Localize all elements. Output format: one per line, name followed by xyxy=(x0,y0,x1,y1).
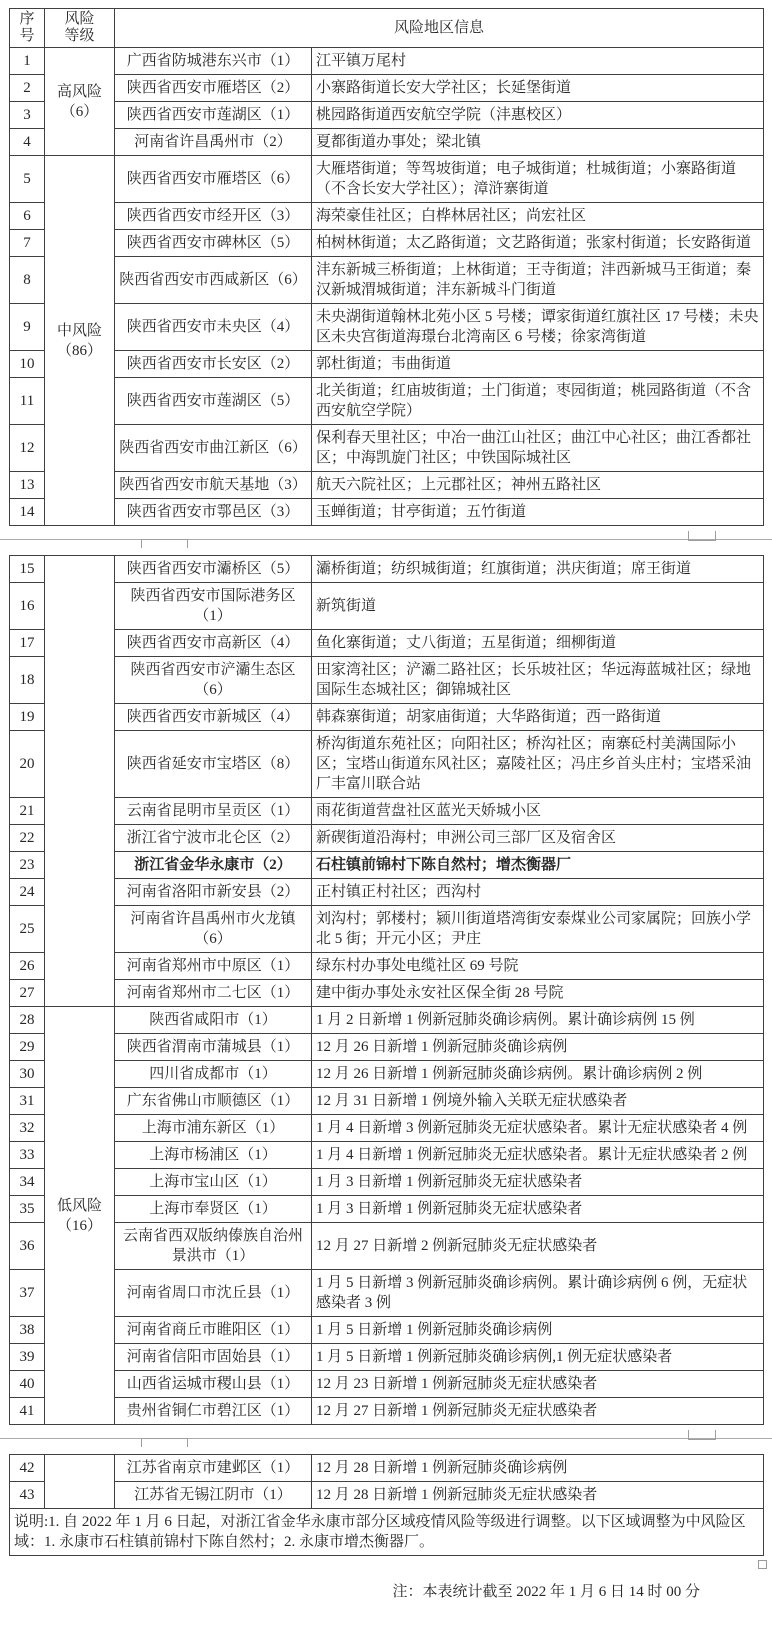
region-info: 鱼化寨街道；丈八街道；五星街道；细柳街道 xyxy=(312,630,764,657)
region-info: 绿东村办事处电缆社区 69 号院 xyxy=(312,953,764,980)
region-name: 陕西省西安市新城区（4） xyxy=(115,704,312,731)
region-info: 12 月 26 日新增 1 例新冠肺炎确诊病例。累计确诊病例 2 例 xyxy=(312,1061,764,1088)
region-info: 航天六院社区；上元郡社区；神州五路社区 xyxy=(312,472,764,499)
table-row: 28低风险 （16）陕西省咸阳市（1）1 月 2 日新增 1 例新冠肺炎确诊病例… xyxy=(10,1007,764,1034)
risk-level-cell: 高风险 （6） xyxy=(45,48,115,156)
stat-cutoff-note: 注：本表统计截至 2022 年 1 月 6 日 14 时 00 分 xyxy=(0,1581,772,1603)
table-row: 12陕西省西安市曲江新区（6）保利春天里社区；中冶一曲江山社区；曲江中心社区；曲… xyxy=(10,425,764,472)
region-name: 陕西省咸阳市（1） xyxy=(115,1007,312,1034)
region-name: 河南省许昌禹州市火龙镇（6） xyxy=(115,906,312,953)
table-row: 13陕西省西安市航天基地（3）航天六院社区；上元郡社区；神州五路社区 xyxy=(10,472,764,499)
row-number: 38 xyxy=(10,1317,45,1344)
header-no: 序 号 xyxy=(10,9,45,48)
region-info: 夏都街道办事处；梁北镇 xyxy=(312,129,764,156)
table-row: 6陕西省西安市经开区（3）海荣豪佳社区；白桦林居社区；尚宏社区 xyxy=(10,203,764,230)
region-name: 陕西省西安市曲江新区（6） xyxy=(115,425,312,472)
row-number: 26 xyxy=(10,953,45,980)
region-info: 未央湖街道翰林北苑小区 5 号楼；谭家街道红旗社区 17 号楼；未央区未央宫街道… xyxy=(312,304,764,351)
region-info: 海荣豪佳社区；白桦林居社区；尚宏社区 xyxy=(312,203,764,230)
row-number: 39 xyxy=(10,1344,45,1371)
region-name: 浙江省宁波市北仑区（2） xyxy=(115,825,312,852)
table-row: 18陕西省西安市浐灞生态区（6）田家湾社区；浐灞二路社区；长乐坡社区；华远海蓝城… xyxy=(10,657,764,704)
row-number: 12 xyxy=(10,425,45,472)
table-row: 42江苏省南京市建邺区（1）12 月 28 日新增 1 例新冠肺炎确诊病例 xyxy=(10,1455,764,1482)
region-info: 1 月 4 日新增 3 例新冠肺炎无症状感染者。累计无症状感染者 4 例 xyxy=(312,1115,764,1142)
page-break-mark-left xyxy=(141,1438,188,1447)
table-row: 16陕西省西安市国际港务区（1）新筑街道 xyxy=(10,583,764,630)
region-name: 陕西省西安市碑林区（5） xyxy=(115,230,312,257)
table-row: 35上海市奉贤区（1）1 月 3 日新增 1 例新冠肺炎无症状感染者 xyxy=(10,1196,764,1223)
region-name: 河南省洛阳市新安县（2） xyxy=(115,879,312,906)
region-name: 陕西省西安市长安区（2） xyxy=(115,351,312,378)
region-info: 江平镇万尾村 xyxy=(312,48,764,75)
region-info: 桥沟街道东苑社区；向阳社区；桥沟社区；南寨砭村美满国际小区；宝塔山街道东风社区；… xyxy=(312,731,764,798)
row-number: 6 xyxy=(10,203,45,230)
row-number: 35 xyxy=(10,1196,45,1223)
region-info: 玉蝉街道；甘亭街道；五竹街道 xyxy=(312,499,764,526)
row-number: 2 xyxy=(10,75,45,102)
region-name: 陕西省西安市雁塔区（2） xyxy=(115,75,312,102)
row-number: 10 xyxy=(10,351,45,378)
region-info: 1 月 4 日新增 1 例新冠肺炎无症状感染者。累计无症状感染者 2 例 xyxy=(312,1142,764,1169)
region-info: 1 月 5 日新增 1 例新冠肺炎确诊病例 xyxy=(312,1317,764,1344)
region-name: 河南省郑州市二七区（1） xyxy=(115,980,312,1007)
region-name: 陕西省西安市经开区（3） xyxy=(115,203,312,230)
region-info: 小寨路街道长安大学社区；长延堡街道 xyxy=(312,75,764,102)
page-break-line xyxy=(0,1438,772,1439)
table-row: 32上海市浦东新区（1）1 月 4 日新增 3 例新冠肺炎无症状感染者。累计无症… xyxy=(10,1115,764,1142)
region-name: 江苏省无锡江阴市（1） xyxy=(115,1482,312,1509)
page-break-gap xyxy=(0,1425,772,1454)
row-number: 3 xyxy=(10,102,45,129)
table-row: 2陕西省西安市雁塔区（2）小寨路街道长安大学社区；长延堡街道 xyxy=(10,75,764,102)
region-name: 上海市浦东新区（1） xyxy=(115,1115,312,1142)
table-row: 37河南省周口市沈丘县（1）1 月 5 日新增 3 例新冠肺炎确诊病例。累计确诊… xyxy=(10,1270,764,1317)
document-page: 序 号 风险 等级 风险地区信息 1高风险 （6）广西省防城港东兴市（1）江平镇… xyxy=(0,0,772,1643)
region-name: 广西省防城港东兴市（1） xyxy=(115,48,312,75)
table-row: 36云南省西双版纳傣族自治州景洪市（1）12 月 27 日新增 2 例新冠肺炎无… xyxy=(10,1223,764,1270)
region-name: 上海市宝山区（1） xyxy=(115,1169,312,1196)
region-name: 陕西省渭南市蒲城县（1） xyxy=(115,1034,312,1061)
row-number: 24 xyxy=(10,879,45,906)
row-number: 13 xyxy=(10,472,45,499)
table-row: 33上海市杨浦区（1）1 月 4 日新增 1 例新冠肺炎无症状感染者。累计无症状… xyxy=(10,1142,764,1169)
region-name: 陕西省西安市雁塔区（6） xyxy=(115,156,312,203)
region-name: 广东省佛山市顺德区（1） xyxy=(115,1088,312,1115)
table-row: 27河南省郑州市二七区（1）建中街办事处永安社区保全街 28 号院 xyxy=(10,980,764,1007)
region-info: 12 月 31 日新增 1 例境外输入关联无症状感染者 xyxy=(312,1088,764,1115)
region-name: 河南省许昌禹州市（2） xyxy=(115,129,312,156)
table-row: 41贵州省铜仁市碧江区（1）12 月 27 日新增 1 例新冠肺炎无症状感染者 xyxy=(10,1398,764,1425)
table-row: 29陕西省渭南市蒲城县（1）12 月 26 日新增 1 例新冠肺炎确诊病例 xyxy=(10,1034,764,1061)
row-number: 29 xyxy=(10,1034,45,1061)
region-info: 韩森寨街道；胡家庙街道；大华路街道；西一路街道 xyxy=(312,704,764,731)
region-info: 沣东新城三桥街道；上林街道；王寺街道；沣西新城马王街道；秦汉新城渭城街道；沣东新… xyxy=(312,257,764,304)
region-info: 桃园路街道西安航空学院（沣惠校区） xyxy=(312,102,764,129)
row-number: 27 xyxy=(10,980,45,1007)
region-info: 12 月 28 日新增 1 例新冠肺炎确诊病例 xyxy=(312,1455,764,1482)
row-number: 11 xyxy=(10,378,45,425)
table-row: 23浙江省金华永康市（2）石柱镇前锦村下陈自然村；增杰衡器厂 xyxy=(10,852,764,879)
row-number: 9 xyxy=(10,304,45,351)
region-info: 柏树林街道；太乙路街道；文艺路街道；张家村街道；长安路街道 xyxy=(312,230,764,257)
region-info: 大雁塔街道；等驾坡街道；电子城街道；杜城街道；小寨路街道（不含长安大学社区）；漳… xyxy=(312,156,764,203)
table-row: 10陕西省西安市长安区（2）郭杜街道；韦曲街道 xyxy=(10,351,764,378)
table-row: 24河南省洛阳市新安县（2）正村镇正村社区；西沟村 xyxy=(10,879,764,906)
row-number: 33 xyxy=(10,1142,45,1169)
header-risk-level: 风险 等级 xyxy=(45,9,115,48)
row-number: 7 xyxy=(10,230,45,257)
row-number: 23 xyxy=(10,852,45,879)
region-name: 山西省运城市稷山县（1） xyxy=(115,1371,312,1398)
risk-table-section-3: 42江苏省南京市建邺区（1）12 月 28 日新增 1 例新冠肺炎确诊病例43江… xyxy=(9,1454,764,1556)
row-number: 19 xyxy=(10,704,45,731)
table-header-row: 序 号 风险 等级 风险地区信息 xyxy=(10,9,764,48)
row-number: 32 xyxy=(10,1115,45,1142)
region-name: 陕西省西安市灞桥区（5） xyxy=(115,556,312,583)
region-name: 陕西省西安市高新区（4） xyxy=(115,630,312,657)
table-row: 17陕西省西安市高新区（4）鱼化寨街道；丈八街道；五星街道；细柳街道 xyxy=(10,630,764,657)
table-row: 7陕西省西安市碑林区（5）柏树林街道；太乙路街道；文艺路街道；张家村街道；长安路… xyxy=(10,230,764,257)
risk-table-section-1: 序 号 风险 等级 风险地区信息 1高风险 （6）广西省防城港东兴市（1）江平镇… xyxy=(9,8,764,526)
row-number: 5 xyxy=(10,156,45,203)
anchor-square-icon xyxy=(758,1560,767,1569)
row-number: 42 xyxy=(10,1455,45,1482)
region-name: 陕西省西安市鄠邑区（3） xyxy=(115,499,312,526)
table-row: 1高风险 （6）广西省防城港东兴市（1）江平镇万尾村 xyxy=(10,48,764,75)
region-name: 浙江省金华永康市（2） xyxy=(115,852,312,879)
page-break-mark-right xyxy=(688,531,716,541)
table-row: 20陕西省延安市宝塔区（8）桥沟街道东苑社区；向阳社区；桥沟社区；南寨砭村美满国… xyxy=(10,731,764,798)
table-row: 43江苏省无锡江阴市（1）12 月 28 日新增 1 例新冠肺炎无症状感染者 xyxy=(10,1482,764,1509)
region-info: 1 月 3 日新增 1 例新冠肺炎无症状感染者 xyxy=(312,1169,764,1196)
region-name: 陕西省西安市莲湖区（1） xyxy=(115,102,312,129)
region-name: 贵州省铜仁市碧江区（1） xyxy=(115,1398,312,1425)
region-info: 石柱镇前锦村下陈自然村；增杰衡器厂 xyxy=(312,852,764,879)
region-name: 河南省商丘市睢阳区（1） xyxy=(115,1317,312,1344)
region-info: 12 月 23 日新增 1 例新冠肺炎无症状感染者 xyxy=(312,1371,764,1398)
table-row: 8陕西省西安市西咸新区（6）沣东新城三桥街道；上林街道；王寺街道；沣西新城马王街… xyxy=(10,257,764,304)
region-info: 雨花街道营盘社区蓝光天娇城小区 xyxy=(312,798,764,825)
row-number: 15 xyxy=(10,556,45,583)
risk-level-cell: 低风险 （16） xyxy=(45,1007,115,1425)
row-number: 25 xyxy=(10,906,45,953)
row-number: 18 xyxy=(10,657,45,704)
row-number: 37 xyxy=(10,1270,45,1317)
region-info: 1 月 2 日新增 1 例新冠肺炎确诊病例。累计确诊病例 15 例 xyxy=(312,1007,764,1034)
table-remark: 说明:1. 自 2022 年 1 月 6 日起，对浙江省金华永康市部分区域疫情风… xyxy=(10,1509,764,1556)
region-info: 北关街道；红庙坡街道；土门街道；枣园街道；桃园路街道（不含西安航空学院） xyxy=(312,378,764,425)
table-row: 40山西省运城市稷山县（1）12 月 23 日新增 1 例新冠肺炎无症状感染者 xyxy=(10,1371,764,1398)
region-info: 刘沟村；郭楼村；颍川街道塔湾街安泰煤业公司家属院；回族小学北 5 街；开元小区；… xyxy=(312,906,764,953)
risk-level-cell: 中风险 （86） xyxy=(45,156,115,526)
region-info: 田家湾社区；浐灞二路社区；长乐坡社区；华远海蓝城社区；绿地国际生态城社区；御锦城… xyxy=(312,657,764,704)
row-number: 41 xyxy=(10,1398,45,1425)
row-number: 4 xyxy=(10,129,45,156)
row-number: 36 xyxy=(10,1223,45,1270)
page-break-mark-right xyxy=(688,1430,716,1440)
region-name: 河南省郑州市中原区（1） xyxy=(115,953,312,980)
table-row: 11陕西省西安市莲湖区（5）北关街道；红庙坡街道；土门街道；枣园街道；桃园路街道… xyxy=(10,378,764,425)
region-name: 上海市杨浦区（1） xyxy=(115,1142,312,1169)
table-row: 19陕西省西安市新城区（4）韩森寨街道；胡家庙街道；大华路街道；西一路街道 xyxy=(10,704,764,731)
table-row: 21云南省昆明市呈贡区（1）雨花街道营盘社区蓝光天娇城小区 xyxy=(10,798,764,825)
region-info: 新碶街道沿海村；申洲公司三部厂区及宿舍区 xyxy=(312,825,764,852)
end-marker-row xyxy=(0,1557,772,1569)
row-number: 40 xyxy=(10,1371,45,1398)
region-info: 12 月 27 日新增 1 例新冠肺炎无症状感染者 xyxy=(312,1398,764,1425)
row-number: 31 xyxy=(10,1088,45,1115)
row-number: 21 xyxy=(10,798,45,825)
table-row: 5中风险 （86）陕西省西安市雁塔区（6）大雁塔街道；等驾坡街道；电子城街道；杜… xyxy=(10,156,764,203)
region-name: 陕西省西安市航天基地（3） xyxy=(115,472,312,499)
region-info: 12 月 28 日新增 1 例新冠肺炎无症状感染者 xyxy=(312,1482,764,1509)
region-name: 江苏省南京市建邺区（1） xyxy=(115,1455,312,1482)
region-name: 云南省昆明市呈贡区（1） xyxy=(115,798,312,825)
table-row: 38河南省商丘市睢阳区（1）1 月 5 日新增 1 例新冠肺炎确诊病例 xyxy=(10,1317,764,1344)
region-name: 陕西省西安市浐灞生态区（6） xyxy=(115,657,312,704)
region-name: 陕西省西安市国际港务区（1） xyxy=(115,583,312,630)
row-number: 16 xyxy=(10,583,45,630)
page-break-mark-left xyxy=(141,539,188,548)
risk-level-cell xyxy=(45,556,115,1007)
row-number: 8 xyxy=(10,257,45,304)
table-row: 3陕西省西安市莲湖区（1）桃园路街道西安航空学院（沣惠校区） xyxy=(10,102,764,129)
table-row: 34上海市宝山区（1）1 月 3 日新增 1 例新冠肺炎无症状感染者 xyxy=(10,1169,764,1196)
region-info: 1 月 5 日新增 3 例新冠肺炎确诊病例。累计确诊病例 6 例，无症状感染者 … xyxy=(312,1270,764,1317)
page-break-line xyxy=(0,539,772,540)
region-info: 正村镇正村社区；西沟村 xyxy=(312,879,764,906)
risk-level-cell xyxy=(45,1455,115,1509)
region-name: 陕西省西安市莲湖区（5） xyxy=(115,378,312,425)
row-number: 22 xyxy=(10,825,45,852)
region-info: 1 月 3 日新增 1 例新冠肺炎无症状感染者 xyxy=(312,1196,764,1223)
table-row: 25河南省许昌禹州市火龙镇（6）刘沟村；郭楼村；颍川街道塔湾街安泰煤业公司家属院… xyxy=(10,906,764,953)
table-row: 9陕西省西安市未央区（4）未央湖街道翰林北苑小区 5 号楼；谭家街道红旗社区 1… xyxy=(10,304,764,351)
region-name: 河南省周口市沈丘县（1） xyxy=(115,1270,312,1317)
row-number: 1 xyxy=(10,48,45,75)
row-number: 43 xyxy=(10,1482,45,1509)
region-name: 上海市奉贤区（1） xyxy=(115,1196,312,1223)
table-row: 30四川省成都市（1）12 月 26 日新增 1 例新冠肺炎确诊病例。累计确诊病… xyxy=(10,1061,764,1088)
risk-table-section-2: 15陕西省西安市灞桥区（5）灞桥街道；纺织城街道；红旗街道；洪庆街道；席王街道1… xyxy=(9,555,764,1425)
region-name: 陕西省西安市西咸新区（6） xyxy=(115,257,312,304)
row-number: 14 xyxy=(10,499,45,526)
region-name: 陕西省西安市未央区（4） xyxy=(115,304,312,351)
region-name: 陕西省延安市宝塔区（8） xyxy=(115,731,312,798)
region-info: 灞桥街道；纺织城街道；红旗街道；洪庆街道；席王街道 xyxy=(312,556,764,583)
row-number: 17 xyxy=(10,630,45,657)
region-info: 建中街办事处永安社区保全街 28 号院 xyxy=(312,980,764,1007)
remark-row: 说明:1. 自 2022 年 1 月 6 日起，对浙江省金华永康市部分区域疫情风… xyxy=(10,1509,764,1556)
region-name: 四川省成都市（1） xyxy=(115,1061,312,1088)
region-info: 新筑街道 xyxy=(312,583,764,630)
page-break-gap xyxy=(0,526,772,555)
table-row: 4河南省许昌禹州市（2）夏都街道办事处；梁北镇 xyxy=(10,129,764,156)
row-number: 30 xyxy=(10,1061,45,1088)
header-risk-info: 风险地区信息 xyxy=(115,9,764,48)
row-number: 34 xyxy=(10,1169,45,1196)
region-name: 云南省西双版纳傣族自治州景洪市（1） xyxy=(115,1223,312,1270)
region-info: 1 月 5 日新增 1 例新冠肺炎确诊病例,1 例无症状感染者 xyxy=(312,1344,764,1371)
table-row: 22浙江省宁波市北仑区（2）新碶街道沿海村；申洲公司三部厂区及宿舍区 xyxy=(10,825,764,852)
region-info: 12 月 27 日新增 2 例新冠肺炎无症状感染者 xyxy=(312,1223,764,1270)
region-info: 12 月 26 日新增 1 例新冠肺炎确诊病例 xyxy=(312,1034,764,1061)
table-row: 39河南省信阳市固始县（1）1 月 5 日新增 1 例新冠肺炎确诊病例,1 例无… xyxy=(10,1344,764,1371)
region-info: 保利春天里社区；中冶一曲江山社区；曲江中心社区；曲江香都社区；中海凯旋门社区；中… xyxy=(312,425,764,472)
table-row: 26河南省郑州市中原区（1）绿东村办事处电缆社区 69 号院 xyxy=(10,953,764,980)
table-row: 15陕西省西安市灞桥区（5）灞桥街道；纺织城街道；红旗街道；洪庆街道；席王街道 xyxy=(10,556,764,583)
row-number: 20 xyxy=(10,731,45,798)
table-row: 14陕西省西安市鄠邑区（3）玉蝉街道；甘亭街道；五竹街道 xyxy=(10,499,764,526)
region-info: 郭杜街道；韦曲街道 xyxy=(312,351,764,378)
region-name: 河南省信阳市固始县（1） xyxy=(115,1344,312,1371)
table-row: 31广东省佛山市顺德区（1）12 月 31 日新增 1 例境外输入关联无症状感染… xyxy=(10,1088,764,1115)
row-number: 28 xyxy=(10,1007,45,1034)
